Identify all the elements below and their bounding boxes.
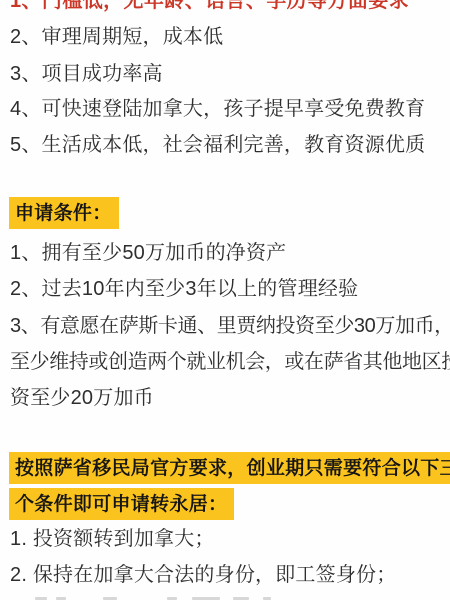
article-page: 1、门槛低，无年龄、语言、学历等方面要求 2、审理周期短，成本低 3、项目成功率… xyxy=(0,0,450,600)
benefit-item-3: 3、项目成功率高 xyxy=(10,61,163,87)
pr-condition-2: 2. 保持在加拿大合法的身份，即工签身份； xyxy=(10,562,396,588)
pr-heading-line-2: 个条件即可申请转永居： xyxy=(9,488,234,520)
requirements-heading: 申请条件： xyxy=(9,197,119,229)
requirement-item-2: 2、过去10年内至少3年以上的管理经验 xyxy=(10,276,358,302)
requirement-item-1: 1、拥有至少50万加币的净资产 xyxy=(10,240,286,266)
pr-heading-line-1: 按照萨省移民局官方要求，创业期只需要符合以下三 xyxy=(9,452,450,484)
requirement-item-3-line-1: 3、有意愿在萨斯卡通、里贾纳投资至少30万加币， xyxy=(10,313,450,339)
benefit-item-4: 4、可快速登陆加拿大，孩子提早享受免费教育 xyxy=(10,96,425,122)
requirement-item-3-line-3: 资至少20万加币 xyxy=(10,385,154,411)
requirement-item-3-line-2: 至少维持或创造两个就业机会，或在萨省其他地区投 xyxy=(10,349,450,375)
benefit-item-1-cutoff: 1、门槛低，无年龄、语言、学历等方面要求 xyxy=(10,0,409,14)
pr-condition-1: 1. 投资额转到加拿大； xyxy=(10,526,215,552)
benefit-item-5: 5、生活成本低，社会福利完善，教育资源优质 xyxy=(10,132,425,158)
benefit-item-2: 2、审理周期短，成本低 xyxy=(10,24,223,50)
